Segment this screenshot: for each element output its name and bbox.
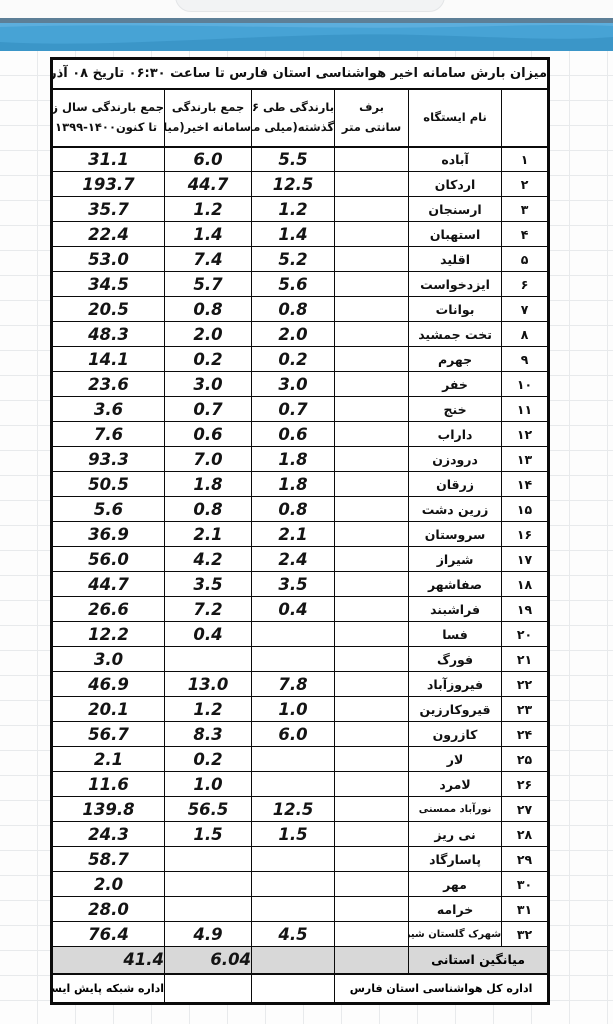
past6h-cell: 12.5 [252, 172, 335, 197]
table-row: ۲۶لامرد1.011.6 [52, 772, 549, 797]
station-rows: ۱آباده5.56.031.1۲اردکان12.544.7193.7۳ارس… [52, 147, 549, 947]
recent-total-cell: 8.3 [165, 722, 252, 747]
past6h-cell: 3.0 [252, 372, 335, 397]
row-number-cell: ۱۶ [502, 522, 549, 547]
station-name-cell: لار [409, 747, 502, 772]
station-name-cell: مهر [409, 872, 502, 897]
row-number-cell: ۲۲ [502, 672, 549, 697]
row-number-cell: ۱۷ [502, 547, 549, 572]
table-row: ۳۱خرامه28.0 [52, 897, 549, 922]
station-name-cell: خرامه [409, 897, 502, 922]
recent-total-cell [165, 847, 252, 872]
table-row: ۲اردکان12.544.7193.7 [52, 172, 549, 197]
average-label: میانگین استانی [409, 947, 549, 974]
table-row: ۶ایزدخواست5.65.734.5 [52, 272, 549, 297]
snow-cell [335, 722, 409, 747]
spreadsheet-background: میزان بارش سامانه اخیر هواشناسی استان فا… [0, 51, 613, 1024]
past6h-cell: 5.6 [252, 272, 335, 297]
yearly-total-cell: 193.7 [52, 172, 165, 197]
past6h-cell: 0.8 [252, 297, 335, 322]
station-name-cell: تخت جمشید [409, 322, 502, 347]
past6h-cell: 0.6 [252, 422, 335, 447]
past6h-cell [252, 647, 335, 672]
station-name-cell: زرین دشت [409, 497, 502, 522]
screenshot-root: میزان بارش سامانه اخیر هواشناسی استان فا… [0, 0, 613, 1024]
snow-cell [335, 597, 409, 622]
average-yearly-cell: 41.4 [52, 947, 165, 974]
snow-cell [335, 572, 409, 597]
station-name-cell: کازرون [409, 722, 502, 747]
past6h-cell: 7.8 [252, 672, 335, 697]
past6h-cell: 12.5 [252, 797, 335, 822]
header-snow: برف سانتی متر [335, 89, 409, 147]
table-row: ۲۴کازرون6.08.356.7 [52, 722, 549, 747]
past6h-cell: 0.4 [252, 597, 335, 622]
past6h-cell [252, 747, 335, 772]
recent-total-cell: 0.8 [165, 497, 252, 522]
row-number-cell: ۳۰ [502, 872, 549, 897]
yearly-total-cell: 14.1 [52, 347, 165, 372]
past6h-cell: 2.4 [252, 547, 335, 572]
recent-total-cell: 5.7 [165, 272, 252, 297]
row-number-cell: ۳۲ [502, 922, 549, 947]
header-recent-system-total: جمع بارندگی سامانه اخیر(میلی متر) [165, 89, 252, 147]
row-number-cell: ۳ [502, 197, 549, 222]
yearly-total-cell: 53.0 [52, 247, 165, 272]
table-row: ۱۸صفاشهر3.53.544.7 [52, 572, 549, 597]
station-name-cell: شیراز [409, 547, 502, 572]
station-name-cell: فسا [409, 622, 502, 647]
header-row-number [502, 89, 549, 147]
snow-cell [335, 497, 409, 522]
row-number-cell: ۱ [502, 147, 549, 172]
table-row: ۲۱فورگ3.0 [52, 647, 549, 672]
snow-cell [335, 322, 409, 347]
recent-total-cell [165, 897, 252, 922]
recent-total-cell: 7.0 [165, 447, 252, 472]
table-row: ۲۰فسا0.412.2 [52, 622, 549, 647]
row-number-cell: ۱۲ [502, 422, 549, 447]
snow-cell [335, 872, 409, 897]
row-number-cell: ۱۴ [502, 472, 549, 497]
recent-total-cell: 4.9 [165, 922, 252, 947]
yearly-total-cell: 20.1 [52, 697, 165, 722]
snow-cell [335, 272, 409, 297]
yearly-total-cell: 2.0 [52, 872, 165, 897]
yearly-total-cell: 56.7 [52, 722, 165, 747]
row-number-cell: ۱۸ [502, 572, 549, 597]
station-name-cell: ارسنجان [409, 197, 502, 222]
past6h-cell: 2.1 [252, 522, 335, 547]
yearly-total-cell: 56.0 [52, 547, 165, 572]
station-name-cell: ایزدخواست [409, 272, 502, 297]
past6h-cell: 0.2 [252, 347, 335, 372]
table-row: ۲۵لار0.22.1 [52, 747, 549, 772]
station-name-cell: زرقان [409, 472, 502, 497]
row-number-cell: ۹ [502, 347, 549, 372]
yearly-total-cell: 35.7 [52, 197, 165, 222]
snow-cell [335, 347, 409, 372]
snow-cell [335, 522, 409, 547]
yearly-total-cell: 48.3 [52, 322, 165, 347]
snow-cell [335, 447, 409, 472]
table-row: ۳۲شهرک گلستان شیراز4.54.976.4 [52, 922, 549, 947]
row-number-cell: ۱۵ [502, 497, 549, 522]
table-row: ۳ارسنجان1.21.235.7 [52, 197, 549, 222]
past6h-cell: 1.8 [252, 447, 335, 472]
snow-cell [335, 922, 409, 947]
province-average-row: میانگین استانی 6.04 41.4 [52, 947, 549, 974]
row-number-cell: ۲۵ [502, 747, 549, 772]
row-number-cell: ۱۳ [502, 447, 549, 472]
yearly-total-cell: 76.4 [52, 922, 165, 947]
average-recent-cell: 6.04 [165, 947, 252, 974]
yearly-total-cell: 46.9 [52, 672, 165, 697]
past6h-cell [252, 847, 335, 872]
row-number-cell: ۲۱ [502, 647, 549, 672]
table-row: ۴استهبان1.41.422.4 [52, 222, 549, 247]
station-name-cell: بوانات [409, 297, 502, 322]
recent-total-cell: 0.8 [165, 297, 252, 322]
table-title: میزان بارش سامانه اخیر هواشناسی استان فا… [52, 59, 549, 89]
org-empty-cell-2 [165, 974, 252, 1004]
table-row: ۱۷شیراز2.44.256.0 [52, 547, 549, 572]
past6h-cell: 0.8 [252, 497, 335, 522]
row-number-cell: ۷ [502, 297, 549, 322]
yearly-total-cell: 50.5 [52, 472, 165, 497]
snow-cell [335, 847, 409, 872]
snow-cell [335, 772, 409, 797]
snow-cell [335, 297, 409, 322]
wave-graphic [0, 18, 613, 51]
past6h-cell: 1.4 [252, 222, 335, 247]
yearly-total-cell: 139.8 [52, 797, 165, 822]
recent-total-cell: 56.5 [165, 797, 252, 822]
recent-total-cell [165, 647, 252, 672]
snow-cell [335, 247, 409, 272]
table-row: ۱۲داراب0.60.67.6 [52, 422, 549, 447]
table-row: ۱۰خفر3.03.023.6 [52, 372, 549, 397]
row-number-cell: ۲۸ [502, 822, 549, 847]
header-station-name: نام ایستگاه [409, 89, 502, 147]
table-row: ۱۴زرقان1.81.850.5 [52, 472, 549, 497]
average-snow-cell [335, 947, 409, 974]
yearly-total-cell: 44.7 [52, 572, 165, 597]
yearly-total-cell: 24.3 [52, 822, 165, 847]
rainfall-table: میزان بارش سامانه اخیر هواشناسی استان فا… [50, 57, 550, 1005]
row-number-cell: ۶ [502, 272, 549, 297]
past6h-cell: 1.2 [252, 197, 335, 222]
header-agricultural-year-total: جمع بارندگی سال زراعی تا کنون ۱۳۹۹-۱۴۰۰ [52, 89, 165, 147]
table-row: ۲۹پاسارگاد58.7 [52, 847, 549, 872]
table-row: ۵اقلید5.27.453.0 [52, 247, 549, 272]
table-row: ۹جهرم0.20.214.1 [52, 347, 549, 372]
table-row: ۱۹فراشبند0.47.226.6 [52, 597, 549, 622]
yearly-total-cell: 26.6 [52, 597, 165, 622]
station-name-cell: اقلید [409, 247, 502, 272]
station-name-cell: خفر [409, 372, 502, 397]
table-row: ۳۰مهر2.0 [52, 872, 549, 897]
yearly-total-cell: 2.1 [52, 747, 165, 772]
recent-total-cell: 6.0 [165, 147, 252, 172]
table-row: ۲۷نورآباد ممسنی12.556.5139.8 [52, 797, 549, 822]
snow-cell [335, 547, 409, 572]
recent-total-cell: 1.4 [165, 222, 252, 247]
table-header-row: نام ایستگاه برف سانتی متر بارندگی طی ۶سا… [52, 89, 549, 147]
station-name-cell: آباده [409, 147, 502, 172]
station-name-cell: خنج [409, 397, 502, 422]
yearly-total-cell: 36.9 [52, 522, 165, 547]
past6h-cell: 1.0 [252, 697, 335, 722]
past6h-cell: 5.2 [252, 247, 335, 272]
station-name-cell: قیروکارزین [409, 697, 502, 722]
yearly-total-cell: 11.6 [52, 772, 165, 797]
top-strip [0, 0, 613, 18]
snow-cell [335, 172, 409, 197]
recent-total-cell: 0.2 [165, 347, 252, 372]
row-number-cell: ۲۰ [502, 622, 549, 647]
yearly-total-cell: 93.3 [52, 447, 165, 472]
row-number-cell: ۵ [502, 247, 549, 272]
past6h-cell: 2.0 [252, 322, 335, 347]
average-past6h-cell [252, 947, 335, 974]
station-name-cell: استهبان [409, 222, 502, 247]
table-row: ۷بوانات0.80.820.5 [52, 297, 549, 322]
station-name-cell: شهرک گلستان شیراز [409, 922, 502, 947]
past6h-cell [252, 872, 335, 897]
past6h-cell: 5.5 [252, 147, 335, 172]
yearly-total-cell: 23.6 [52, 372, 165, 397]
snow-cell [335, 422, 409, 447]
table-row: ۱آباده5.56.031.1 [52, 147, 549, 172]
row-number-cell: ۴ [502, 222, 549, 247]
recent-total-cell [165, 872, 252, 897]
past6h-cell: 0.7 [252, 397, 335, 422]
station-name-cell: فراشبند [409, 597, 502, 622]
yearly-total-cell: 5.6 [52, 497, 165, 522]
recent-total-cell: 1.5 [165, 822, 252, 847]
sheet-top-notch [175, 0, 445, 12]
station-name-cell: درودزن [409, 447, 502, 472]
yearly-total-cell: 20.5 [52, 297, 165, 322]
table-row: ۱۵زرین دشت0.80.85.6 [52, 497, 549, 522]
recent-total-cell: 1.8 [165, 472, 252, 497]
row-number-cell: ۲۷ [502, 797, 549, 822]
organization-row: اداره کل هواشناسی استان فارس اداره شبکه … [52, 974, 549, 1004]
recent-total-cell: 1.0 [165, 772, 252, 797]
row-number-cell: ۱۰ [502, 372, 549, 397]
past6h-cell: 1.5 [252, 822, 335, 847]
yearly-total-cell: 28.0 [52, 897, 165, 922]
station-name-cell: نی ریز [409, 822, 502, 847]
recent-total-cell: 0.6 [165, 422, 252, 447]
past6h-cell: 6.0 [252, 722, 335, 747]
snow-cell [335, 622, 409, 647]
recent-total-cell: 7.2 [165, 597, 252, 622]
past6h-cell [252, 772, 335, 797]
recent-total-cell: 1.2 [165, 197, 252, 222]
recent-total-cell: 0.2 [165, 747, 252, 772]
recent-total-cell: 4.2 [165, 547, 252, 572]
snow-cell [335, 797, 409, 822]
org-name-left: اداره شبکه پایش ایستگاهها [52, 974, 165, 1004]
row-number-cell: ۲۳ [502, 697, 549, 722]
station-name-cell: فورگ [409, 647, 502, 672]
yearly-total-cell: 34.5 [52, 272, 165, 297]
past6h-cell: 4.5 [252, 922, 335, 947]
recent-total-cell: 2.0 [165, 322, 252, 347]
snow-cell [335, 697, 409, 722]
snow-cell [335, 197, 409, 222]
yearly-total-cell: 7.6 [52, 422, 165, 447]
table-row: ۱۱خنج0.70.73.6 [52, 397, 549, 422]
row-number-cell: ۱۱ [502, 397, 549, 422]
table-title-row: میزان بارش سامانه اخیر هواشناسی استان فا… [52, 59, 549, 89]
table-row: ۱۳درودزن1.87.093.3 [52, 447, 549, 472]
row-number-cell: ۲۴ [502, 722, 549, 747]
yearly-total-cell: 3.0 [52, 647, 165, 672]
row-number-cell: ۱۹ [502, 597, 549, 622]
table-row: ۸تخت جمشید2.02.048.3 [52, 322, 549, 347]
snow-cell [335, 747, 409, 772]
yearly-total-cell: 12.2 [52, 622, 165, 647]
station-name-cell: سروستان [409, 522, 502, 547]
snow-cell [335, 397, 409, 422]
table-row: ۲۸نی ریز1.51.524.3 [52, 822, 549, 847]
station-name-cell: اردکان [409, 172, 502, 197]
header-past-6h-rain: بارندگی طی ۶ساعت گذشته(میلی متر) [252, 89, 335, 147]
station-name-cell: جهرم [409, 347, 502, 372]
snow-cell [335, 897, 409, 922]
org-empty-cell-1 [252, 974, 335, 1004]
snow-cell [335, 222, 409, 247]
recent-total-cell: 44.7 [165, 172, 252, 197]
past6h-cell [252, 622, 335, 647]
snow-cell [335, 647, 409, 672]
snow-cell [335, 147, 409, 172]
station-name-cell: فیروزآباد [409, 672, 502, 697]
snow-cell [335, 822, 409, 847]
station-name-cell: لامرد [409, 772, 502, 797]
past6h-cell [252, 897, 335, 922]
recent-total-cell: 3.5 [165, 572, 252, 597]
station-name-cell: صفاشهر [409, 572, 502, 597]
past6h-cell: 1.8 [252, 472, 335, 497]
row-number-cell: ۸ [502, 322, 549, 347]
past6h-cell: 3.5 [252, 572, 335, 597]
row-number-cell: ۲۶ [502, 772, 549, 797]
snow-cell [335, 672, 409, 697]
org-name-right: اداره کل هواشناسی استان فارس [335, 974, 549, 1004]
recent-total-cell: 1.2 [165, 697, 252, 722]
row-number-cell: ۳۱ [502, 897, 549, 922]
station-name-cell: نورآباد ممسنی [409, 797, 502, 822]
snow-cell [335, 472, 409, 497]
yearly-total-cell: 22.4 [52, 222, 165, 247]
recent-total-cell: 0.4 [165, 622, 252, 647]
recent-total-cell: 13.0 [165, 672, 252, 697]
station-name-cell: داراب [409, 422, 502, 447]
recent-total-cell: 2.1 [165, 522, 252, 547]
table-row: ۲۲فیروزآباد7.813.046.9 [52, 672, 549, 697]
yearly-total-cell: 58.7 [52, 847, 165, 872]
snow-cell [335, 372, 409, 397]
yearly-total-cell: 31.1 [52, 147, 165, 172]
blue-wave-banner [0, 18, 613, 51]
table-row: ۱۶سروستان2.12.136.9 [52, 522, 549, 547]
row-number-cell: ۲ [502, 172, 549, 197]
table-row: ۲۳قیروکارزین1.01.220.1 [52, 697, 549, 722]
recent-total-cell: 7.4 [165, 247, 252, 272]
recent-total-cell: 0.7 [165, 397, 252, 422]
row-number-cell: ۲۹ [502, 847, 549, 872]
station-name-cell: پاسارگاد [409, 847, 502, 872]
yearly-total-cell: 3.6 [52, 397, 165, 422]
recent-total-cell: 3.0 [165, 372, 252, 397]
